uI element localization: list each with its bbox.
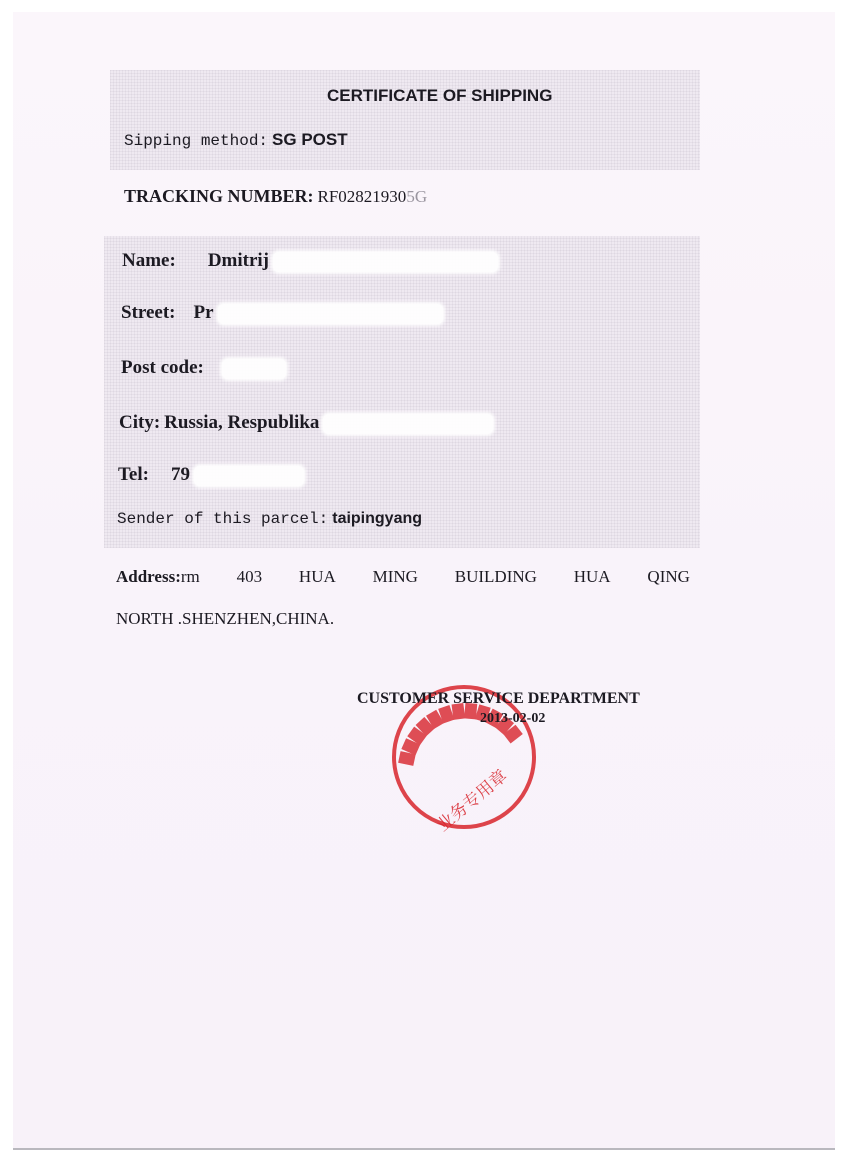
sender-label: Sender of this parcel:: [117, 510, 328, 528]
address-label: Address:: [116, 567, 181, 586]
tracking-label: TRACKING NUMBER:: [124, 186, 314, 206]
sender-row: Sender of this parcel: taipingyang: [117, 510, 422, 528]
street-value: Pr: [194, 302, 214, 323]
tracking-value-obscured: 5G: [406, 187, 427, 206]
tracking-value: RF02821930: [318, 187, 407, 206]
address-word: MING: [373, 567, 418, 587]
name-row: Name: Dmitrij: [122, 250, 498, 272]
tel-label: Tel:: [118, 464, 149, 485]
post-code-redaction: [222, 359, 286, 379]
address-line-2: NORTH .SHENZHEN,CHINA.: [116, 609, 334, 629]
address-word: rm: [181, 567, 200, 586]
document-date: 2013-02-02: [480, 711, 545, 727]
address-word: 403: [237, 567, 263, 587]
stamp-bottom-text: 业务专用章: [433, 765, 512, 833]
post-code-row: Post code:: [121, 357, 286, 379]
recipient-shaded-box: [104, 236, 700, 548]
name-label: Name:: [122, 250, 176, 271]
name-redaction: [273, 252, 498, 272]
address-word: QING: [647, 567, 690, 587]
address-label-group: Address:rm: [116, 567, 200, 587]
document-title: CERTIFICATE OF SHIPPING: [327, 86, 552, 106]
address-word: HUA: [299, 567, 336, 587]
tel-row: Tel: 79: [118, 464, 304, 486]
city-redaction: [323, 414, 493, 434]
city-row: City: Russia, Respublika: [119, 412, 493, 434]
city-value: Russia, Respublika: [164, 412, 319, 433]
department-name: CUSTOMER SERVICE DEPARTMENT: [357, 690, 640, 708]
street-row: Street: Pr: [121, 302, 443, 324]
street-label: Street:: [121, 302, 176, 323]
name-value: Dmitrij: [208, 250, 269, 271]
tracking-row: TRACKING NUMBER: RF028219305G: [124, 186, 427, 207]
street-redaction: [218, 304, 443, 324]
header-shaded-box: [110, 70, 700, 170]
tel-redaction: [194, 466, 304, 486]
address-word: HUA: [574, 567, 611, 587]
address-line-1: Address:rm 403 HUA MING BUILDING HUA QIN…: [116, 567, 690, 587]
post-code-label: Post code:: [121, 357, 204, 378]
shipping-method-label: Sipping method:: [124, 132, 268, 150]
sender-value: taipingyang: [332, 510, 422, 527]
tel-value: 79: [171, 464, 190, 485]
city-label: City:: [119, 412, 160, 433]
address-word: BUILDING: [455, 567, 537, 587]
shipping-method-value: SG POST: [272, 130, 348, 149]
shipping-method-row: Sipping method: SG POST: [124, 130, 348, 150]
